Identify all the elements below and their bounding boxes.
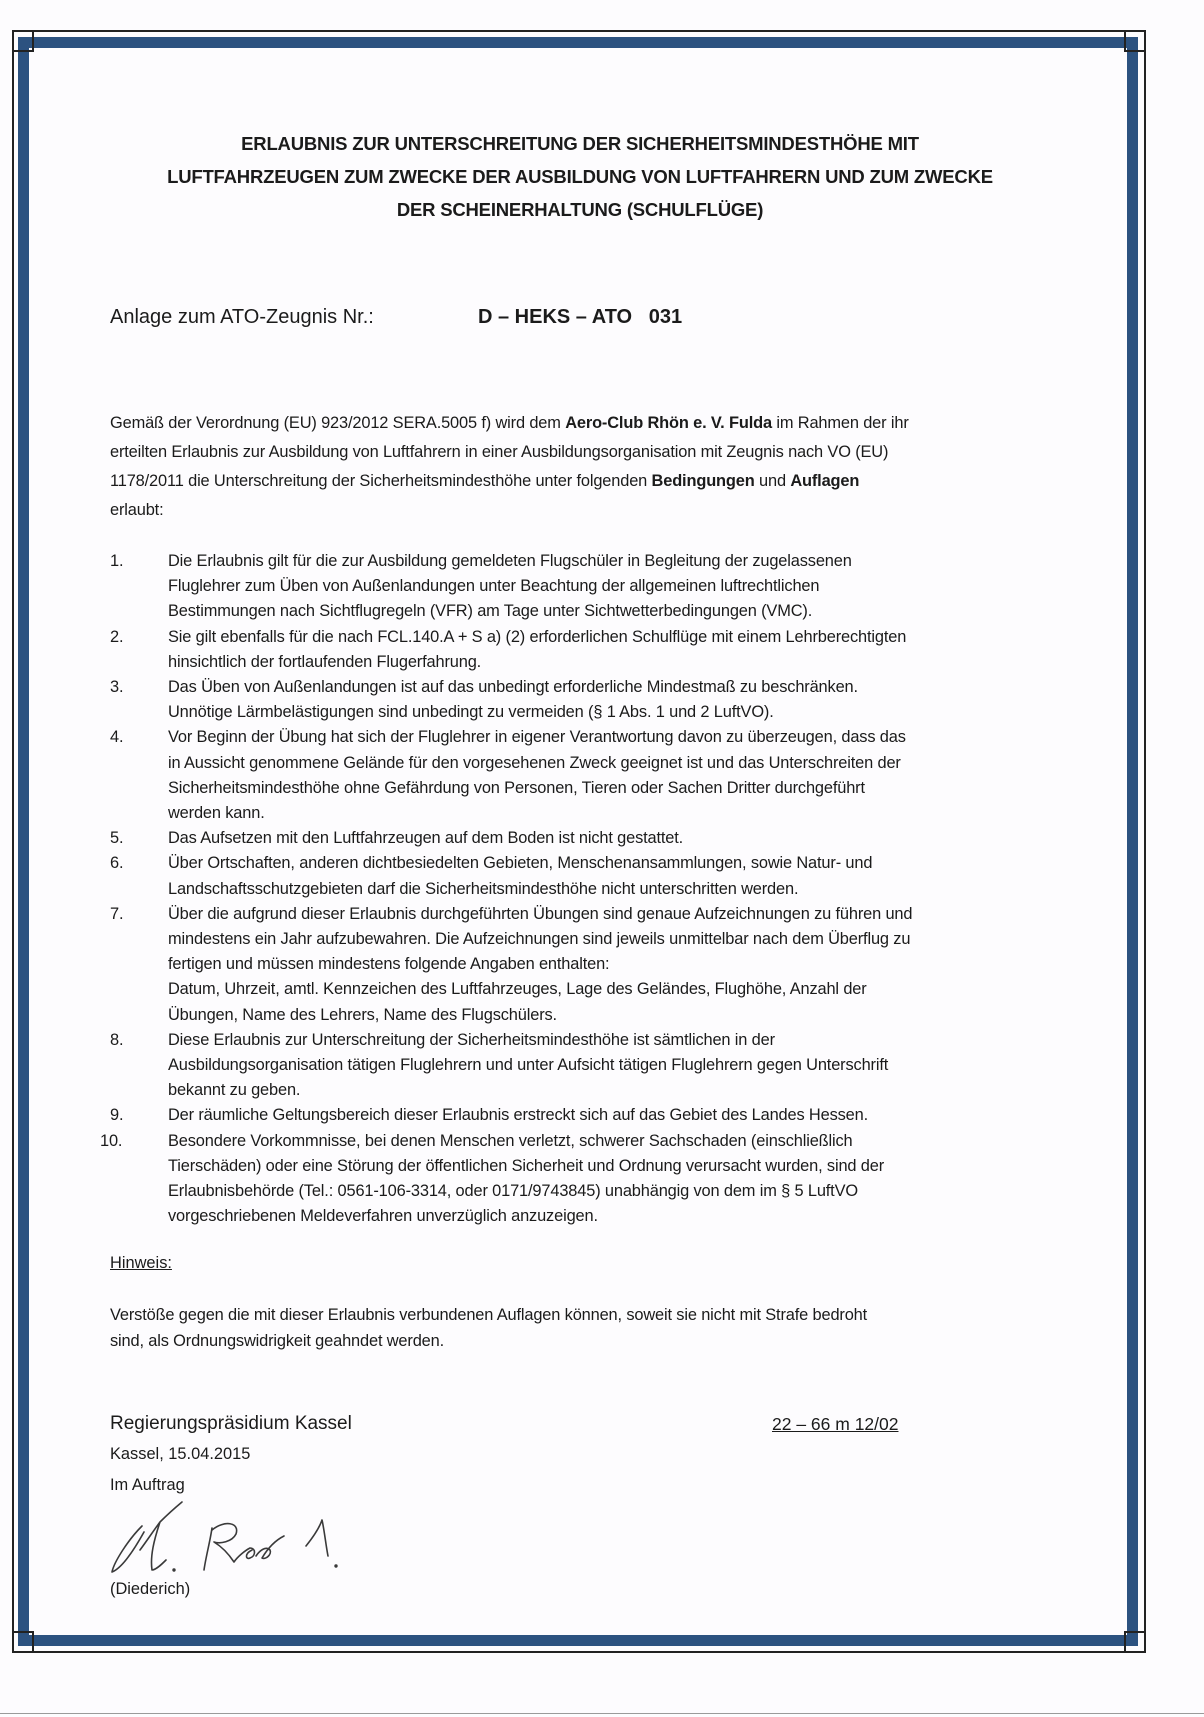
condition-text: Vor Beginn der Übung hat sich der Flugle… — [168, 725, 1070, 750]
condition-text: Fluglehrer zum Üben von Außenlandungen u… — [168, 574, 1070, 599]
intro-text: erteilten Erlaubnis zur Ausbildung von L… — [110, 438, 1070, 467]
condition-text: Sicherheitsmindesthöhe ohne Gefährdung v… — [168, 776, 1070, 801]
condition-item: 8.Diese Erlaubnis zur Unterschreitung de… — [110, 1028, 1070, 1104]
condition-text: in Aussicht genommene Gelände für den vo… — [168, 751, 1070, 776]
condition-item: 2.Sie gilt ebenfalls für die nach FCL.14… — [110, 625, 1070, 675]
condition-text: Über die aufgrund dieser Erlaubnis durch… — [168, 902, 1070, 927]
condition-item: 5.Das Aufsetzen mit den Luftfahrzeugen a… — [110, 826, 1070, 851]
condition-item: 4.Vor Beginn der Übung hat sich der Flug… — [110, 725, 1070, 826]
intro-text: im Rahmen der ihr — [772, 414, 909, 432]
intro-text: 1178/2011 die Unterschreitung der Sicher… — [110, 472, 652, 490]
condition-number: 2. — [110, 625, 123, 650]
condition-number: 6. — [110, 851, 123, 876]
condition-number: 7. — [110, 902, 123, 927]
condition-text: Ausbildungsorganisation tätigen Fluglehr… — [168, 1053, 1070, 1078]
title-line: LUFTFAHRZEUGEN ZUM ZWECKE DER AUSBILDUNG… — [100, 160, 1060, 193]
condition-text: Tierschäden) oder eine Störung der öffen… — [168, 1154, 1070, 1179]
intro-text: Gemäß der Verordnung (EU) 923/2012 SERA.… — [110, 414, 565, 432]
hint-label: Hinweis: — [110, 1254, 172, 1273]
signer-name: (Diederich) — [110, 1580, 190, 1599]
condition-number: 3. — [110, 675, 123, 700]
condition-number: 10. — [100, 1129, 122, 1154]
title-line: ERLAUBNIS ZUR UNTERSCHREITUNG DER SICHER… — [100, 127, 1060, 160]
document-title: ERLAUBNIS ZUR UNTERSCHREITUNG DER SICHER… — [100, 127, 1060, 226]
condition-text: Über Ortschaften, anderen dichtbesiedelt… — [168, 851, 1070, 876]
intro-paragraph: Gemäß der Verordnung (EU) 923/2012 SERA.… — [110, 409, 1070, 525]
intro-text: erlaubt: — [110, 496, 1070, 525]
conditions-list: 1.Die Erlaubnis gilt für die zur Ausbild… — [110, 549, 1070, 1229]
condition-text: mindestens ein Jahr aufzubewahren. Die A… — [168, 927, 1070, 952]
condition-text: Erlaubnisbehörde (Tel.: 0561-106-3314, o… — [168, 1179, 1070, 1204]
club-name: Aero-Club Rhön e. V. Fulda — [565, 414, 772, 432]
condition-text: Datum, Uhrzeit, amtl. Kennzeichen des Lu… — [168, 977, 1070, 1002]
title-line: DER SCHEINERHALTUNG (SCHULFLÜGE) — [100, 193, 1060, 226]
condition-number: 8. — [110, 1028, 123, 1053]
intro-text: und — [755, 472, 791, 490]
condition-number: 5. — [110, 826, 123, 851]
condition-text: Bestimmungen nach Sichtflugregeln (VFR) … — [168, 599, 1070, 624]
condition-number: 9. — [110, 1103, 123, 1128]
condition-text: bekannt zu geben. — [168, 1078, 1070, 1103]
conditions-keyword: Bedingungen — [652, 472, 755, 490]
condition-item: 10.Besondere Vorkommnisse, bei denen Men… — [110, 1129, 1070, 1230]
issuing-authority: Regierungspräsidium Kassel — [110, 1413, 352, 1435]
condition-text: werden kann. — [168, 801, 1070, 826]
condition-item: 9.Der räumliche Geltungsbereich dieser E… — [110, 1103, 1070, 1128]
annex-label: Anlage zum ATO-Zeugnis Nr.: — [110, 306, 374, 329]
condition-text: Unnötige Lärmbelästigungen sind unbeding… — [168, 700, 1070, 725]
condition-item: 7.Über die aufgrund dieser Erlaubnis dur… — [110, 902, 1070, 1028]
corner-ornament-icon — [1124, 1631, 1146, 1653]
condition-text: Das Aufsetzen mit den Luftfahrzeugen auf… — [168, 826, 1070, 851]
place-and-date: Kassel, 15.04.2015 — [110, 1445, 250, 1464]
condition-number: 1. — [110, 549, 123, 574]
corner-ornament-icon — [1124, 30, 1146, 52]
condition-text: Besondere Vorkommnisse, bei denen Mensch… — [168, 1129, 1070, 1154]
hint-line: sind, als Ordnungswidrigkeit geahndet we… — [110, 1329, 1070, 1355]
certificate-number: D – HEKS – ATO 031 — [478, 306, 682, 329]
condition-text: Das Üben von Außenlandungen ist auf das … — [168, 675, 1070, 700]
condition-item: 1.Die Erlaubnis gilt für die zur Ausbild… — [110, 549, 1070, 625]
condition-text: vorgeschriebenen Meldeverfahren unverzüg… — [168, 1204, 1070, 1229]
condition-text: Der räumliche Geltungsbereich dieser Erl… — [168, 1103, 1070, 1128]
condition-item: 3.Das Üben von Außenlandungen ist auf da… — [110, 675, 1070, 725]
condition-text: Übungen, Name des Lehrers, Name des Flug… — [168, 1003, 1070, 1028]
condition-text: hinsichtlich der fortlaufenden Flugerfah… — [168, 650, 1070, 675]
handwritten-signature-icon — [100, 1490, 420, 1580]
condition-text: fertigen und müssen mindestens folgende … — [168, 952, 1070, 977]
condition-text: Landschaftsschutzgebieten darf die Siche… — [168, 877, 1070, 902]
condition-text: Diese Erlaubnis zur Unterschreitung der … — [168, 1028, 1070, 1053]
corner-ornament-icon — [12, 30, 34, 52]
requirements-keyword: Auflagen — [790, 472, 859, 490]
hint-text: Verstöße gegen die mit dieser Erlaubnis … — [110, 1303, 1070, 1354]
corner-ornament-icon — [12, 1631, 34, 1653]
condition-text: Sie gilt ebenfalls für die nach FCL.140.… — [168, 625, 1070, 650]
condition-number: 4. — [110, 725, 123, 750]
file-reference: 22 – 66 m 12/02 — [772, 1414, 898, 1435]
condition-text: Die Erlaubnis gilt für die zur Ausbildun… — [168, 549, 1070, 574]
condition-item: 6.Über Ortschaften, anderen dichtbesiede… — [110, 851, 1070, 901]
hint-line: Verstöße gegen die mit dieser Erlaubnis … — [110, 1303, 1070, 1329]
scan-edge-rule — [0, 1713, 1204, 1714]
